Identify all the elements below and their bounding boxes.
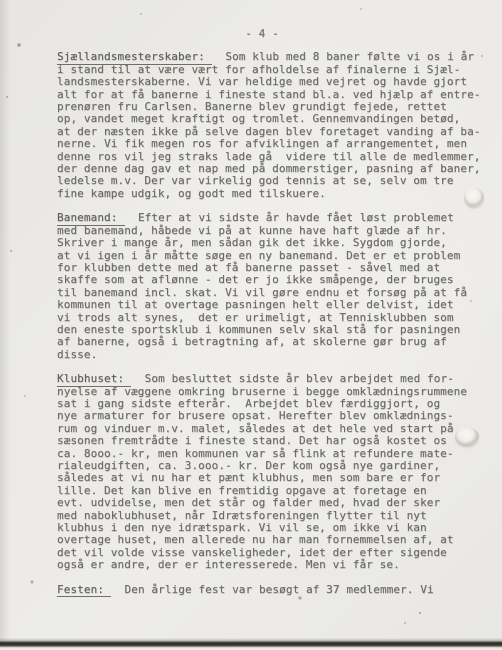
- section-text: Efter at vi sidste år havde fået løst pr…: [57, 211, 467, 360]
- paper-speckles: [0, 0, 2, 2]
- section-banemand: Banemand: Efter at vi sidste år havde få…: [57, 212, 493, 361]
- document-body: - 4 - Sjællandsmesterskaber: Som klub me…: [57, 28, 493, 596]
- section-klubhuset: Klubhuset: Som besluttet sidste år blev …: [57, 373, 493, 572]
- paper-left-shadow: [0, 0, 10, 650]
- page-number: - 4 -: [57, 28, 467, 40]
- paper-bottom-edge: [0, 638, 502, 650]
- section-text: Den årlige fest var besøgt af 37 medlemm…: [111, 583, 434, 596]
- section-text: Som besluttet sidste år blev arbejdet me…: [57, 372, 467, 571]
- scanned-document-page: - 4 - Sjællandsmesterskaber: Som klub me…: [0, 0, 502, 650]
- hole-punch-mark: [464, 188, 484, 207]
- section-festen: Festen: Den årlige fest var besøgt af 37…: [57, 584, 493, 596]
- hole-punch-mark: [455, 427, 479, 446]
- section-sjaellandsmesterskaber: Sjællandsmesterskaber: Som klub med 8 ba…: [57, 51, 493, 200]
- section-text: Som klub med 8 baner følte vi os i år i …: [57, 50, 481, 199]
- section-heading: Festen:: [57, 583, 111, 598]
